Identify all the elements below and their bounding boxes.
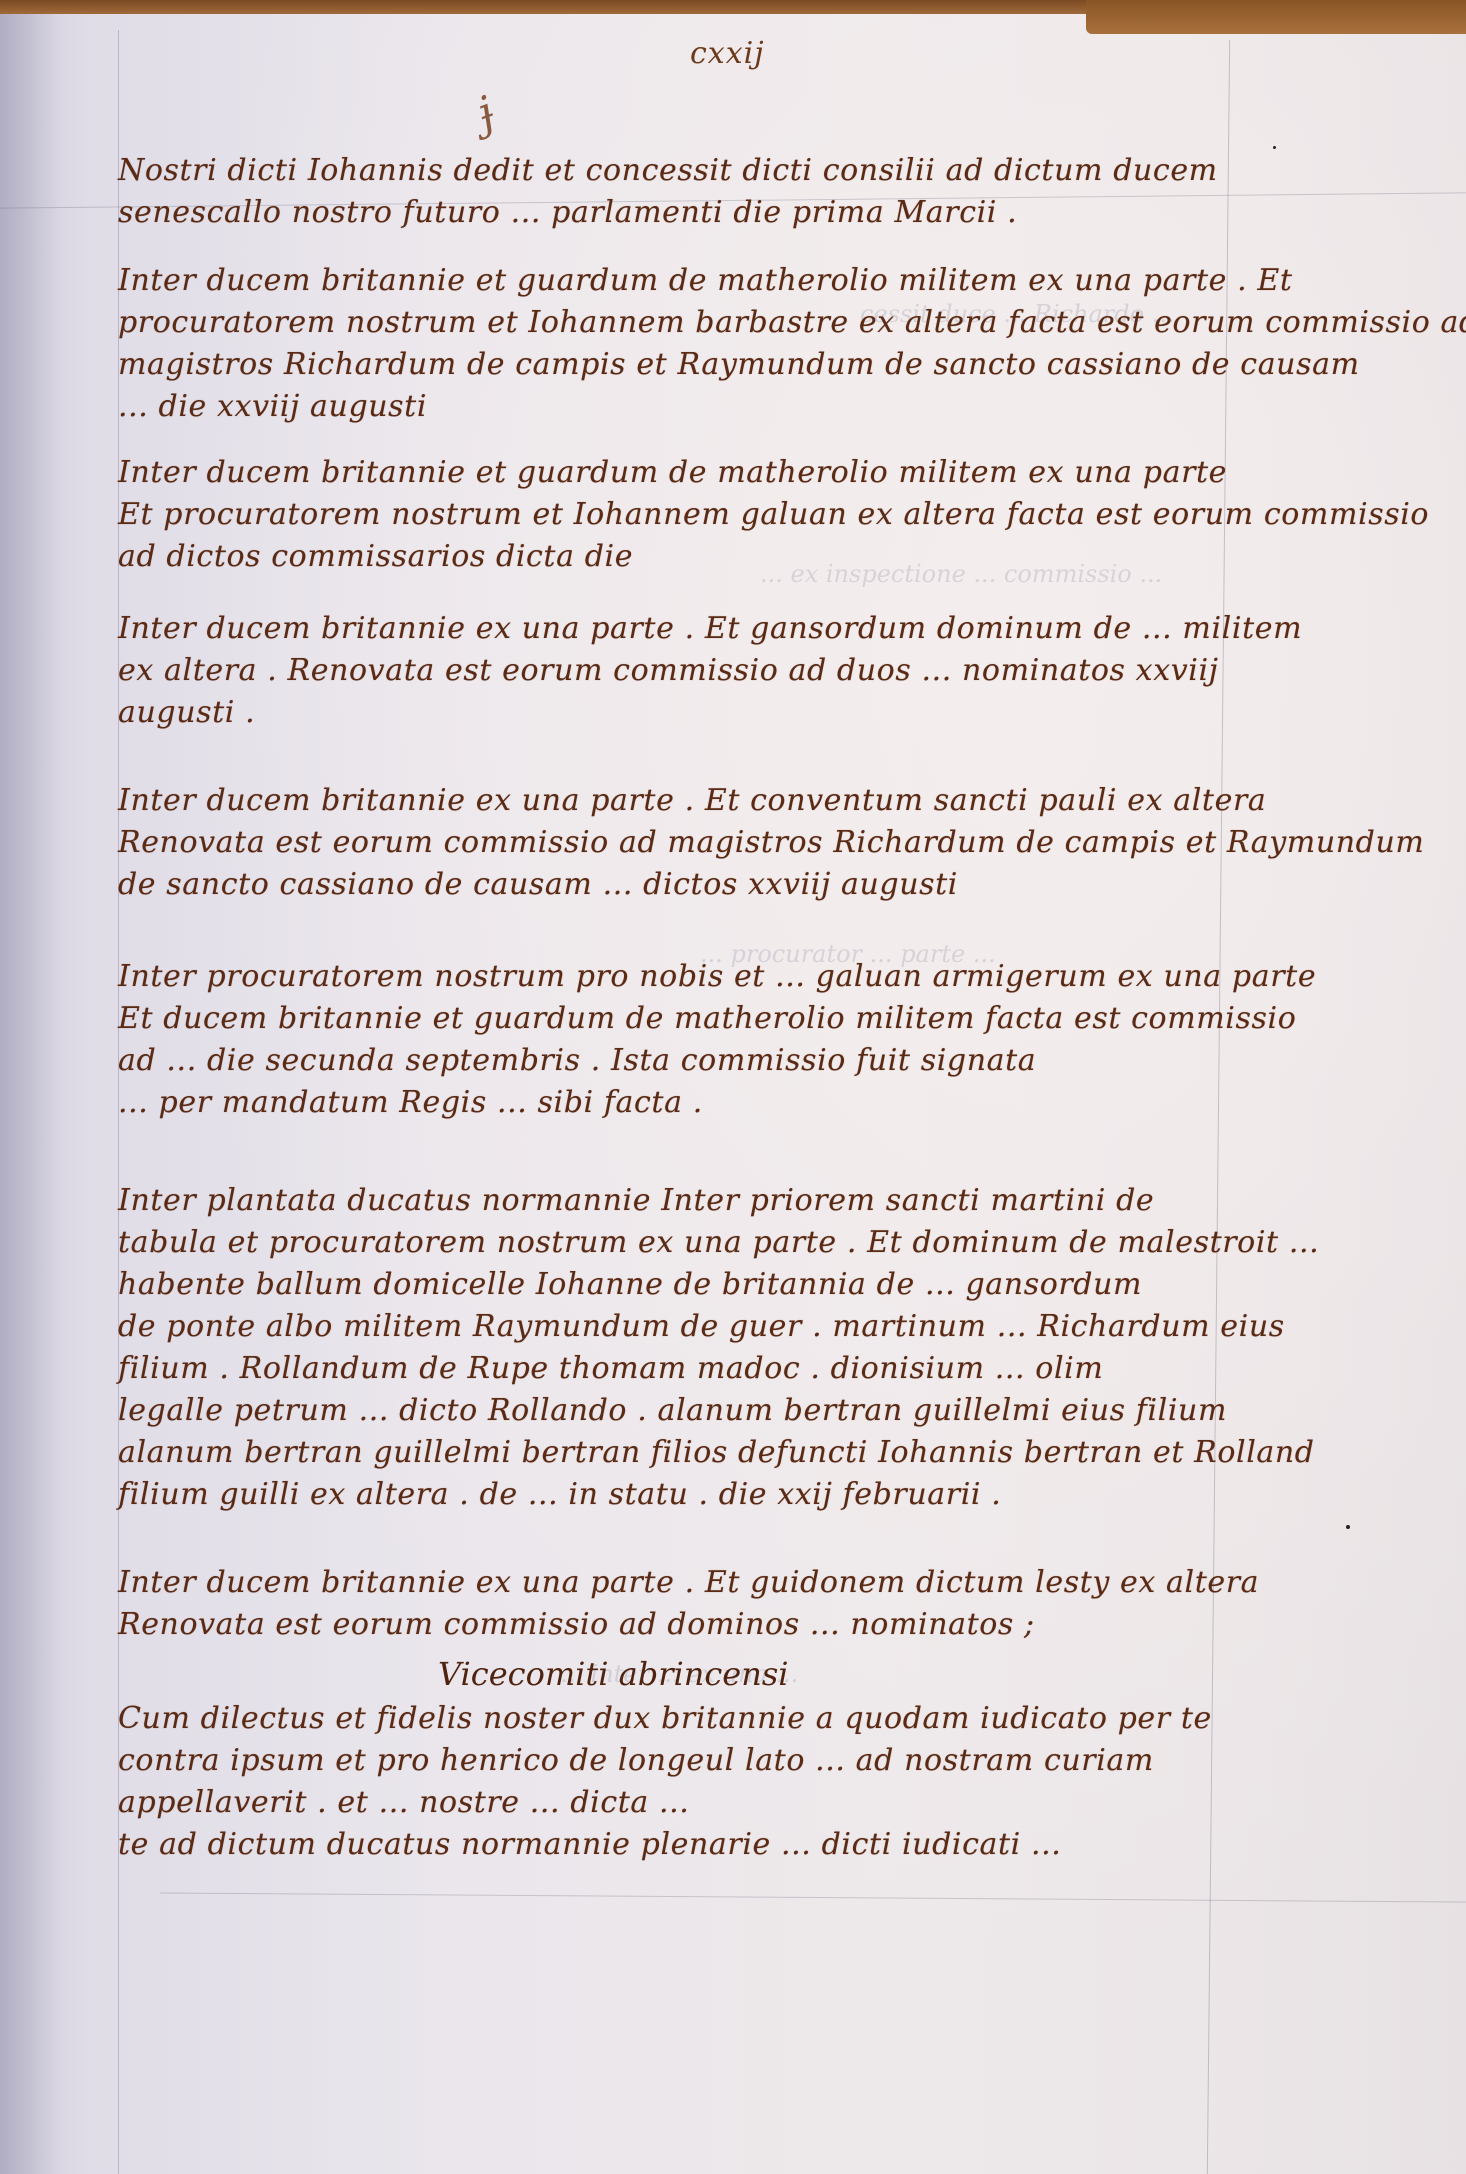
text-line: Inter ducem britannie et guardum de math… [118,452,1258,494]
text-line: legalle petrum ... dicto Rollando . alan… [118,1390,1258,1432]
text-line: appellaverit . et ... nostre ... dicta .… [118,1782,1258,1824]
text-line: senescallo nostro futuro ... parlamenti … [118,192,1258,234]
text-line: ad dictos commissarios dicta die [118,536,1258,578]
text-line: procuratorem nostrum et Iohannem barbast… [118,302,1258,344]
text-line: Cum dilectus et fidelis noster dux brita… [118,1698,1258,1740]
text-line: ... per mandatum Regis ... sibi facta . [118,1082,1258,1124]
entry: Inter ducem britannie et guardum de math… [118,452,1258,578]
entry: Inter plantata ducatus normannie Inter p… [118,1180,1258,1516]
entry: Inter ducem britannie ex una parte . Et … [118,780,1258,906]
text-line: tabula et procuratorem nostrum ex una pa… [118,1222,1258,1264]
section-heading: Vicecomiti abrincensi [118,1650,1258,1698]
entry: Inter ducem britannie ex una parte . Et … [118,1562,1258,1646]
text-line: Inter procuratorem nostrum pro nobis et … [118,956,1258,998]
text-line: alanum bertran guillelmi bertran filios … [118,1432,1258,1474]
folio-number: cxxij [690,36,765,71]
text-line: Renovata est eorum commissio ad magistro… [118,822,1258,864]
text-line: augusti . [118,692,1258,734]
letter-body: Cum dilectus et fidelis noster dux brita… [118,1698,1258,1866]
entry: Inter ducem britannie et guardum de math… [118,260,1258,428]
ink-speck [1273,146,1276,149]
text-line: contra ipsum et pro henrico de longeul l… [118,1740,1258,1782]
ink-speck [1346,1525,1350,1529]
binding-edge-right [1086,0,1466,34]
entry: Nostri dicti Iohannis dedit et concessit… [118,150,1258,234]
entry: Inter procuratorem nostrum pro nobis et … [118,956,1258,1124]
text-line: Inter ducem britannie ex una parte . Et … [118,1562,1258,1604]
text-line: ... die xxviij augusti [118,386,1258,428]
entry: Inter ducem britannie ex una parte . Et … [118,608,1258,734]
text-line: habente ballum domicelle Iohanne de brit… [118,1264,1258,1306]
text-line: de ponte albo militem Raymundum de guer … [118,1306,1258,1348]
text-line: Et procuratorem nostrum et Iohannem galu… [118,494,1258,536]
text-line: ad ... die secunda septembris . Ista com… [118,1040,1258,1082]
text-line: ex altera . Renovata est eorum commissio… [118,650,1258,692]
text-line: filium . Rollandum de Rupe thomam madoc … [118,1348,1258,1390]
text-line: filium guilli ex altera . de ... in stat… [118,1474,1258,1516]
text-line: Inter ducem britannie et guardum de math… [118,260,1258,302]
text-line: Inter ducem britannie ex una parte . Et … [118,780,1258,822]
text-line: Renovata est eorum commissio ad dominos … [118,1604,1258,1646]
text-line: Et ducem britannie et guardum de mathero… [118,998,1258,1040]
text-line: te ad dictum ducatus normannie plenarie … [118,1824,1258,1866]
text-line: de sancto cassiano de causam ... dictos … [118,864,1258,906]
main-text: Nostri dicti Iohannis dedit et concessit… [118,150,1258,1866]
gutter-shadow [0,12,60,2174]
text-line: Inter plantata ducatus normannie Inter p… [118,1180,1258,1222]
text-line: Inter ducem britannie ex una parte . Et … [118,608,1258,650]
text-line: Nostri dicti Iohannis dedit et concessit… [118,150,1258,192]
text-line: magistros Richardum de campis et Raymund… [118,344,1258,386]
